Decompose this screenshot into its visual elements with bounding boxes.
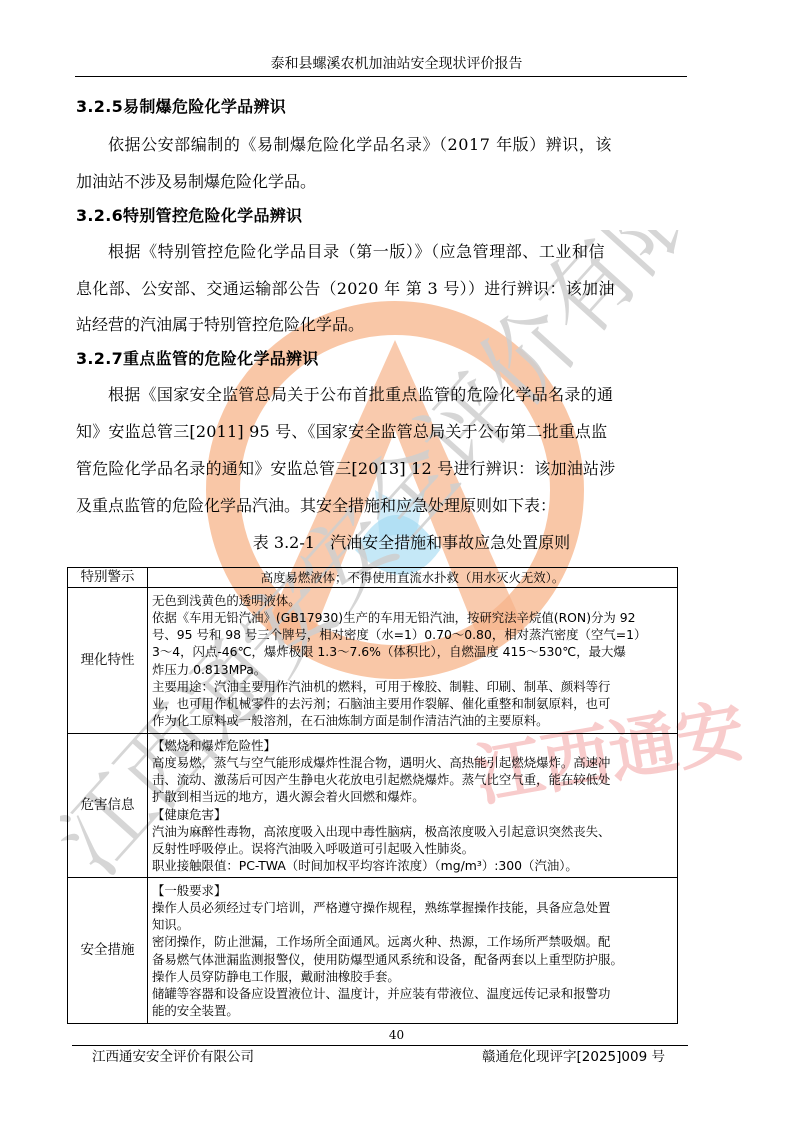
paragraph-line: 及重点监管的危险化学品汽油。其安全措施和应急处理原则如下表： bbox=[76, 495, 556, 517]
footer-company-name: 江西通安安全评价有限公司 bbox=[92, 1048, 254, 1066]
cell-text: 依据《车用无铅汽油》(GB17930)生产的车用无铅汽油，按研究法辛烷值(RON… bbox=[152, 609, 673, 626]
paragraph-line: 知》安监总管三[2011] 95 号、《国家安全监管总局关于公布第二批重点监 bbox=[76, 421, 607, 443]
gasoline-safety-table: 特别警示 高度易燃液体；不得使用直流水扑救（用水灭火无效）。 理化特性 无色到浅… bbox=[67, 567, 678, 1024]
row-label: 特别警示 bbox=[68, 568, 148, 588]
section-heading-3-2-5: 3.2.5易制爆危险化学品辨识 bbox=[76, 96, 286, 118]
cell-text: 汽油为麻醉性毒物，高浓度吸入出现中毒性脑病，极高浓度吸入引起意识突然丧失、 bbox=[152, 823, 673, 840]
footer-report-number: 赣通危化现评字[2025]009 号 bbox=[482, 1048, 665, 1066]
cell-text: 能的安全装置。 bbox=[152, 1002, 673, 1019]
cell-text: 密闭操作，防止泄漏，工作场所全面通风。远离火种、热源，工作场所严禁吸烟。配 bbox=[152, 933, 673, 950]
paragraph-line: 依据公安部编制的《易制爆危险化学品名录》（2017 年版）辨识，该 bbox=[108, 134, 612, 156]
row-content: 【一般要求】 操作人员必须经过专门培训，严格遵守操作规程，熟练掌握操作技能，具备… bbox=[148, 878, 678, 1024]
cell-text: 主要用途：汽油主要用作汽油机的燃料，可用于橡胶、制鞋、印刷、制革、颜料等行 bbox=[152, 678, 673, 695]
cell-text: 储罐等容器和设备应设置液位计、温度计，并应装有带液位、温度远传记录和报警功 bbox=[152, 985, 673, 1002]
cell-text: 职业接触限值：PC-TWA（时间加权平均容许浓度）（mg/m³）:300（汽油）… bbox=[152, 857, 673, 874]
paragraph-line: 站经营的汽油属于特别管控危险化学品。 bbox=[76, 314, 364, 336]
cell-text: 无色到浅黄色的透明液体。 bbox=[152, 592, 673, 609]
row-content: 高度易燃液体；不得使用直流水扑救（用水灭火无效）。 bbox=[148, 568, 678, 588]
table-row: 安全措施 【一般要求】 操作人员必须经过专门培训，严格遵守操作规程，熟练掌握操作… bbox=[68, 878, 678, 1024]
cell-text: 高度易燃液体；不得使用直流水扑救（用水灭火无效）。 bbox=[151, 569, 674, 586]
cell-text: 【燃烧和爆炸危险性】 bbox=[152, 737, 673, 754]
paragraph-line: 加油站不涉及易制爆危险化学品。 bbox=[76, 171, 316, 193]
row-label: 危害信息 bbox=[68, 734, 148, 878]
row-label: 安全措施 bbox=[68, 878, 148, 1024]
document-page: 江西通安安全评价有限公司 江西通安 泰和县螺溪农机加油站安全现状评价报告 3.2… bbox=[0, 0, 793, 1122]
row-content: 【燃烧和爆炸危险性】 高度易燃，蒸气与空气能形成爆炸性混合物，遇明火、高热能引起… bbox=[148, 734, 678, 878]
row-content: 无色到浅黄色的透明液体。 依据《车用无铅汽油》(GB17930)生产的车用无铅汽… bbox=[148, 588, 678, 734]
paragraph-line: 息化部、公安部、交通运输部公告（2020 年 第 3 号））进行辨识：该加油 bbox=[76, 278, 615, 300]
cell-text: 高度易燃，蒸气与空气能形成爆炸性混合物，遇明火、高热能引起燃烧爆炸。高速冲 bbox=[152, 754, 673, 771]
header-divider bbox=[75, 76, 687, 77]
cell-text: 炸压力 0.813MPa。 bbox=[152, 661, 673, 678]
table-caption: 表 3.2-1 汽油安全措施和事故应急处置原则 bbox=[0, 532, 793, 554]
table-row: 理化特性 无色到浅黄色的透明液体。 依据《车用无铅汽油》(GB17930)生产的… bbox=[68, 588, 678, 734]
running-header-title: 泰和县螺溪农机加油站安全现状评价报告 bbox=[0, 55, 793, 73]
table-row: 危害信息 【燃烧和爆炸危险性】 高度易燃，蒸气与空气能形成爆炸性混合物，遇明火、… bbox=[68, 734, 678, 878]
cell-text: 操作人员必须经过专门培训，严格遵守操作规程，熟练掌握操作技能，具备应急处置 bbox=[152, 899, 673, 916]
section-heading-3-2-6: 3.2.6特别管控危险化学品辨识 bbox=[76, 205, 302, 227]
cell-text: 反射性呼吸停止。误将汽油吸入呼吸道可引起吸入性肺炎。 bbox=[152, 840, 673, 857]
paragraph-line: 根据《特别管控危险化学品目录（第一版）》（应急管理部、工业和信 bbox=[108, 241, 605, 263]
cell-text: 备易燃气体泄漏监测报警仪，使用防爆型通风系统和设备，配备两套以上重型防护服。 bbox=[152, 951, 673, 968]
table-row: 特别警示 高度易燃液体；不得使用直流水扑救（用水灭火无效）。 bbox=[68, 568, 678, 588]
cell-text: 知识。 bbox=[152, 916, 673, 933]
cell-text: 击、流动、激荡后可因产生静电火花放电引起燃烧爆炸。蒸气比空气重，能在较低处 bbox=[152, 771, 673, 788]
cell-text: 【健康危害】 bbox=[152, 806, 673, 823]
cell-text: 扩散到相当远的地方，遇火源会着火回燃和爆炸。 bbox=[152, 788, 673, 805]
section-heading-3-2-7: 3.2.7重点监管的危险化学品辨识 bbox=[76, 348, 319, 370]
page-number: 40 bbox=[0, 1027, 793, 1043]
paragraph-line: 根据《国家安全监管总局关于公布首批重点监管的危险化学品名录的通 bbox=[108, 384, 613, 406]
cell-text: 业，也可用作机械零件的去污剂；石脑油主要用作裂解、催化重整和制氨原料，也可 bbox=[152, 695, 673, 712]
cell-text: 3～4，闪点-46℃，爆炸极限 1.3～7.6%（体积比），自燃温度 415～5… bbox=[152, 643, 673, 660]
row-label: 理化特性 bbox=[68, 588, 148, 734]
footer-divider bbox=[72, 1045, 688, 1046]
paragraph-line: 管危险化学品名录的通知》安监总管三[2013] 12 号进行辨识：该加油站涉 bbox=[76, 458, 615, 480]
cell-text: 【一般要求】 bbox=[152, 882, 673, 899]
cell-text: 号、95 号和 98 号三个牌号，相对密度（水=1）0.70～0.80，相对蒸汽… bbox=[152, 626, 673, 643]
page-content: 泰和县螺溪农机加油站安全现状评价报告 3.2.5易制爆危险化学品辨识 依据公安部… bbox=[0, 0, 793, 1122]
cell-text: 操作人员穿防静电工作服，戴耐油橡胶手套。 bbox=[152, 968, 673, 985]
cell-text: 作为化工原料或一般溶剂，在石油炼制方面是制作清洁汽油的主要原料。 bbox=[152, 712, 673, 729]
